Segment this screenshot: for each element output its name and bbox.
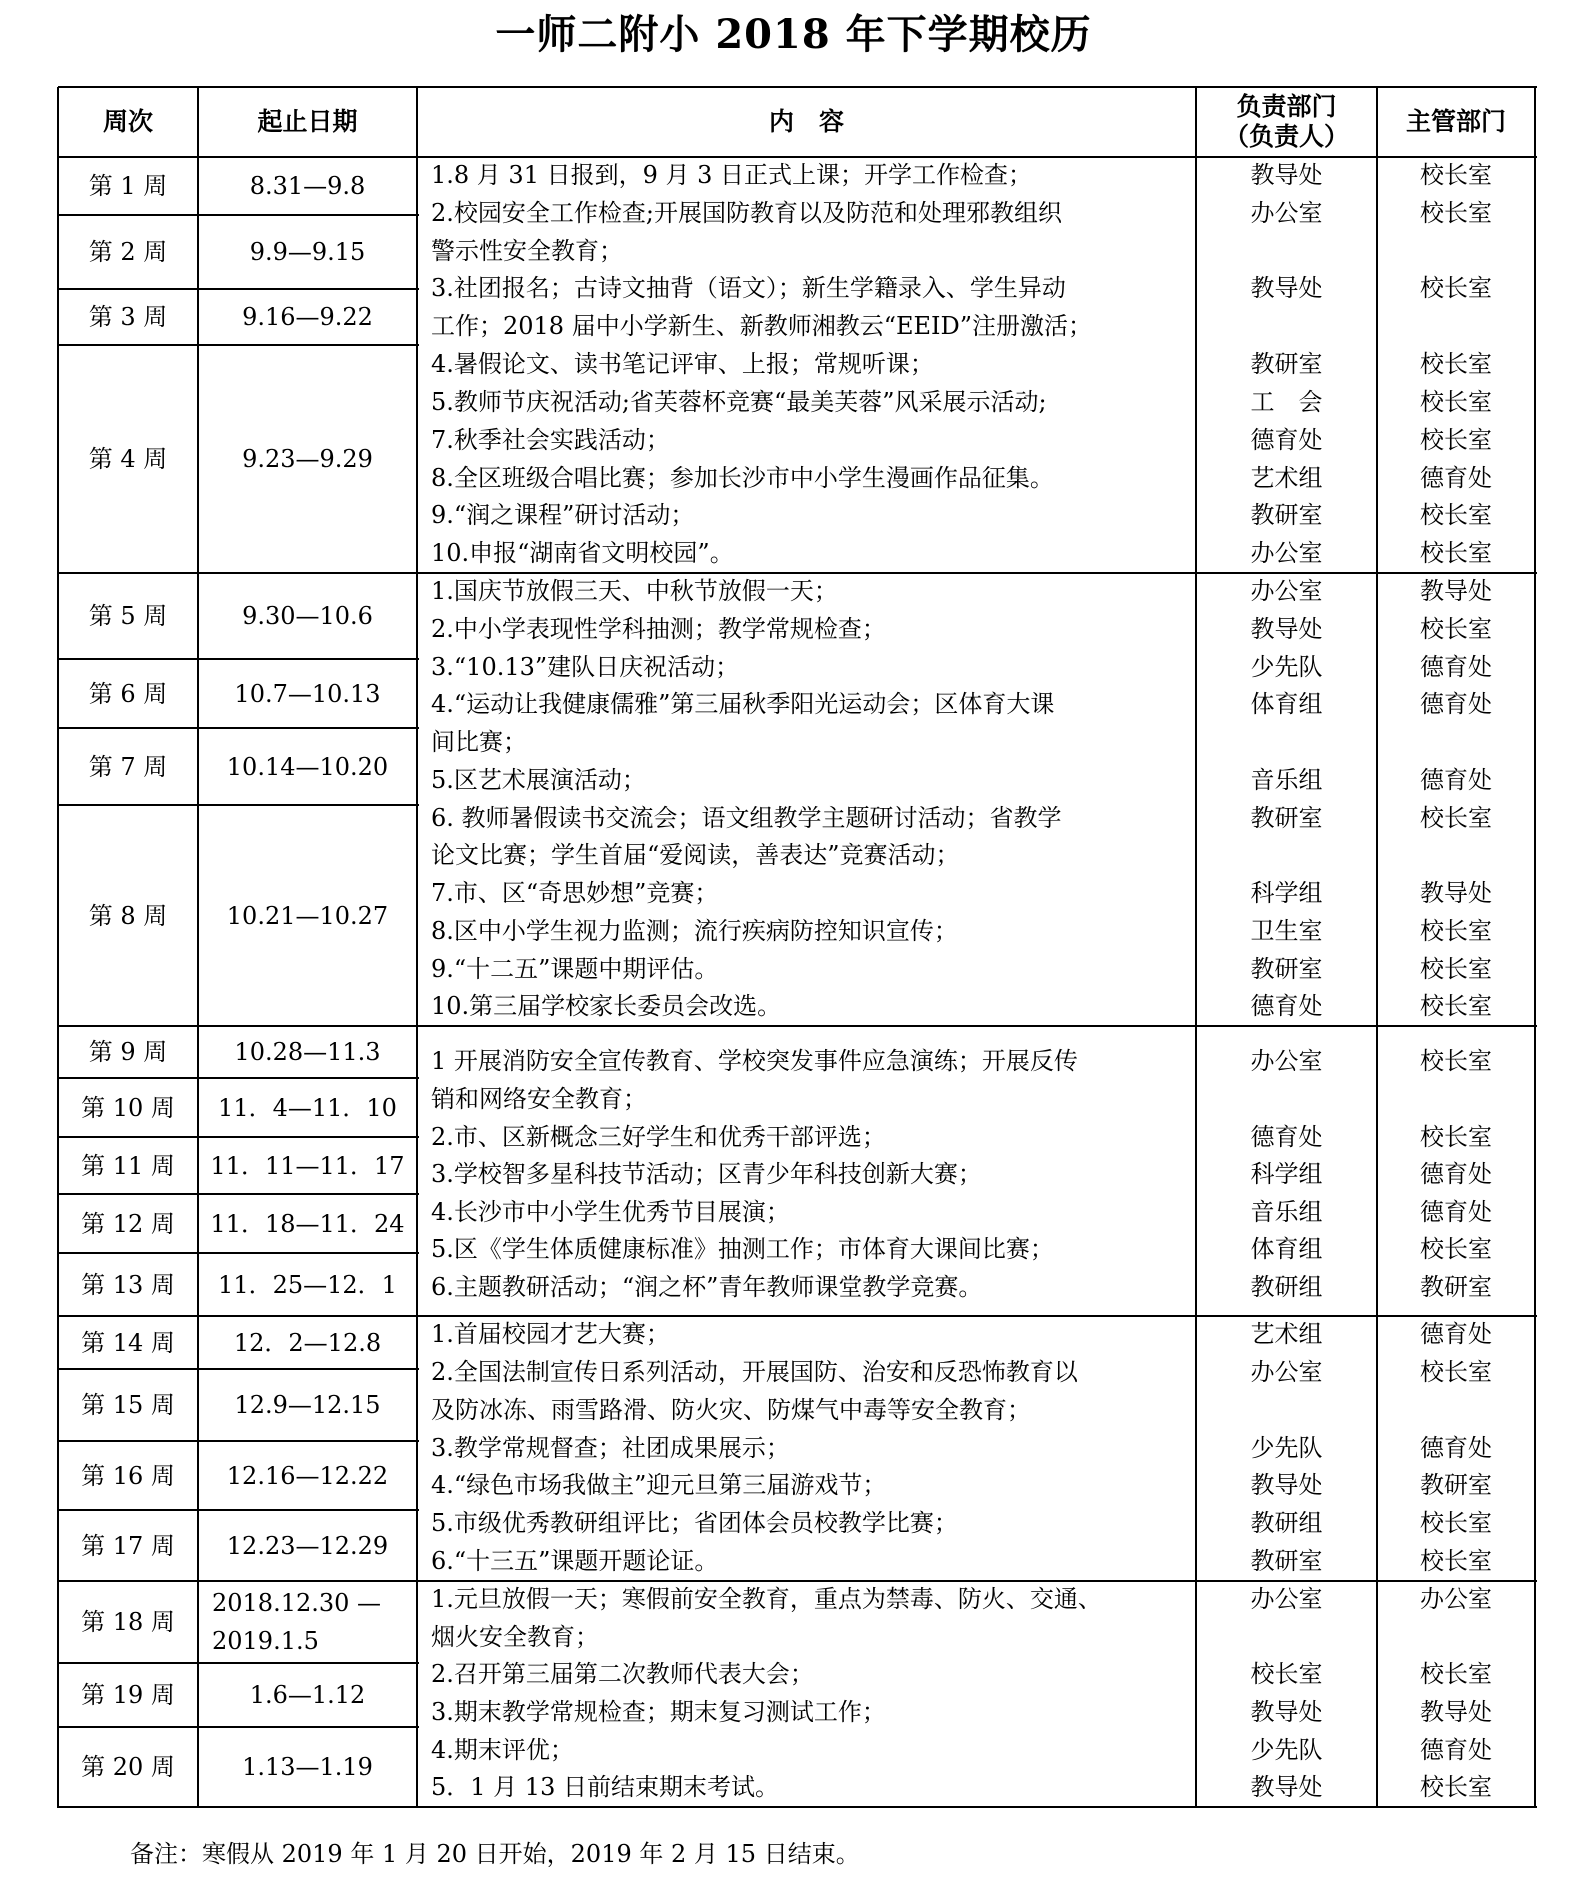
content-line: 3.教学常规督查；社团成果展示； (431, 1430, 790, 1468)
supervisor-dept: 校长室 (1377, 800, 1535, 838)
date-range-cell: 10.14—10.20 (198, 728, 417, 805)
content-line: 4.期末评优； (431, 1732, 574, 1770)
content-line: 1.8 月 31 日报到，9 月 3 日正式上课；开学工作检查； (431, 157, 1032, 195)
responsible-dept: 教导处 (1196, 1467, 1377, 1505)
content-line: 3.社团报名；古诗文抽背（语文）；新生学籍录入、学生异动 (431, 270, 1066, 308)
supervisor-dept: 校长室 (1377, 1231, 1535, 1269)
responsible-dept: 办公室 (1196, 195, 1377, 233)
week-cell: 第 8 周 (58, 805, 198, 1026)
header-responsible-label: 负责部门 (1236, 92, 1336, 122)
week-cell: 第 3 周 (58, 289, 198, 345)
header-responsible: 负责部门（负责人） (1196, 87, 1377, 157)
header-dates-label: 起止日期 (257, 107, 357, 137)
responsible-dept: 教导处 (1196, 1694, 1377, 1732)
supervisor-dept: 德育处 (1377, 1156, 1535, 1194)
supervisor-dept: 德育处 (1377, 762, 1535, 800)
content-line: 2.校园安全工作检查;开展国防教育以及防范和处理邪教组织 (431, 195, 1062, 233)
content-line: 5.教师节庆祝活动;省芙蓉杯竞赛“最美芙蓉”风采展示活动; (431, 384, 1047, 422)
supervisor-dept: 校长室 (1377, 1119, 1535, 1157)
week-cell: 第 10 周 (58, 1078, 198, 1137)
date-range-text: 10.7—10.13 (234, 675, 380, 713)
supervisor-dept: 德育处 (1377, 1316, 1535, 1354)
calendar-table: 周次起止日期内 容负责部门（负责人）主管部门第 1 周8.31—9.8第 2 周… (0, 0, 1587, 1899)
supervisor-dept: 校长室 (1377, 1543, 1535, 1581)
header-content-label: 内 容 (769, 107, 844, 137)
week-cell: 第 2 周 (58, 215, 198, 289)
responsible-dept: 艺术组 (1196, 1316, 1377, 1354)
supervisor-dept: 校长室 (1377, 535, 1535, 573)
content-line: 及防冰冻、雨雪路滑、防火灾、防煤气中毒等安全教育； (431, 1392, 1031, 1430)
content-line: 10.申报“湖南省文明校园”。 (431, 535, 734, 573)
date-range-text: 11．11—11．17 (210, 1147, 404, 1185)
date-range-text: 9.16—9.22 (242, 298, 373, 336)
date-range-cell: 12.16—12.22 (198, 1441, 417, 1510)
date-range-cell: 11．11—11．17 (198, 1137, 417, 1194)
week-cell: 第 12 周 (58, 1194, 198, 1253)
responsible-dept: 教导处 (1196, 157, 1377, 195)
responsible-dept: 科学组 (1196, 1156, 1377, 1194)
content-line: 间比赛； (431, 724, 527, 762)
supervisor-dept: 校长室 (1377, 913, 1535, 951)
content-line: 3.期末教学常规检查；期末复习测试工作； (431, 1694, 886, 1732)
date-range-cell: 10.7—10.13 (198, 659, 417, 728)
date-range-cell: 1.13—1.19 (198, 1727, 417, 1807)
supervisor-dept: 校长室 (1377, 346, 1535, 384)
week-cell: 第 5 周 (58, 573, 198, 659)
supervisor-dept: 教导处 (1377, 875, 1535, 913)
responsible-dept: 德育处 (1196, 988, 1377, 1026)
date-range-cell: 9.9—9.15 (198, 215, 417, 289)
content-line: 4.长沙市中小学生优秀节目展演； (431, 1194, 790, 1232)
date-range-text: 9.30—10.6 (242, 597, 373, 635)
responsible-dept: 音乐组 (1196, 1194, 1377, 1232)
content-line: 8.区中小学生视力监测；流行疾病防控知识宣传； (431, 913, 958, 951)
supervisor-dept: 教导处 (1377, 573, 1535, 611)
week-cell: 第 1 周 (58, 157, 198, 215)
content-line: 1.首届校园才艺大赛； (431, 1316, 670, 1354)
supervisor-dept: 德育处 (1377, 649, 1535, 687)
supervisor-dept: 校长室 (1377, 195, 1535, 233)
content-line: 4.“运动让我健康儒雅”第三届秋季阳光运动会；区体育大课 (431, 686, 1054, 724)
responsible-dept: 少先队 (1196, 1430, 1377, 1468)
responsible-dept: 艺术组 (1196, 460, 1377, 498)
responsible-dept: 德育处 (1196, 1119, 1377, 1157)
responsible-dept: 教研室 (1196, 1543, 1377, 1581)
content-line: 7.秋季社会实践活动； (431, 422, 670, 460)
responsible-dept: 教导处 (1196, 611, 1377, 649)
date-range-text: 11．18—11．24 (210, 1205, 404, 1243)
date-range-text: 10.21—10.27 (227, 897, 388, 935)
supervisor-dept: 教导处 (1377, 1694, 1535, 1732)
date-range-cell: 2018.12.30 —2019.1.5 (198, 1581, 417, 1663)
responsible-dept: 科学组 (1196, 875, 1377, 913)
content-line: 2.召开第三届第二次教师代表大会； (431, 1656, 814, 1694)
responsible-dept: 工 会 (1196, 384, 1377, 422)
date-range-text: 10.28—11.3 (234, 1033, 380, 1071)
supervisor-dept: 德育处 (1377, 460, 1535, 498)
footnote: 备注：寒假从 2019 年 1 月 20 日开始，2019 年 2 月 15 日… (130, 1838, 860, 1870)
responsible-dept: 音乐组 (1196, 762, 1377, 800)
responsible-dept: 体育组 (1196, 686, 1377, 724)
week-cell: 第 13 周 (58, 1253, 198, 1316)
responsible-dept: 教研组 (1196, 1505, 1377, 1543)
content-line: 6.主题教研活动；“润之杯”青年教师课堂教学竞赛。 (431, 1269, 982, 1307)
header-supervisor: 主管部门 (1377, 87, 1535, 157)
date-range-text: 2018.12.30 — (212, 1584, 381, 1622)
content-line: 5.市级优秀教研组评比；省团体会员校教学比赛； (431, 1505, 958, 1543)
date-range-cell: 12．2—12.8 (198, 1316, 417, 1369)
date-range-text: 12.9—12.15 (234, 1386, 380, 1424)
content-line: 5.区《学生体质健康标准》抽测工作；市体育大课间比赛； (431, 1231, 1054, 1269)
responsible-dept: 体育组 (1196, 1231, 1377, 1269)
date-range-cell: 11．4—11．10 (198, 1078, 417, 1137)
responsible-dept: 校长室 (1196, 1656, 1377, 1694)
content-line: 2.中小学表现性学科抽测；教学常规检查； (431, 611, 886, 649)
header-content: 内 容 (417, 87, 1196, 157)
responsible-dept: 办公室 (1196, 1043, 1377, 1081)
responsible-dept: 办公室 (1196, 573, 1377, 611)
content-line: 论文比赛；学生首届“爱阅读，善表达”竞赛活动； (431, 837, 960, 875)
content-line: 4.“绿色市场我做主”迎元旦第三届游戏节； (431, 1467, 886, 1505)
date-range-text: 11．25—12．1 (218, 1266, 397, 1304)
header-dates: 起止日期 (198, 87, 417, 157)
content-line: 2.市、区新概念三好学生和优秀干部评选； (431, 1119, 886, 1157)
content-line: 7.市、区“奇思妙想”竞赛； (431, 875, 718, 913)
week-cell: 第 14 周 (58, 1316, 198, 1369)
responsible-dept: 德育处 (1196, 422, 1377, 460)
supervisor-dept: 校长室 (1377, 988, 1535, 1026)
content-line: 1.元旦放假一天；寒假前安全教育，重点为禁毒、防火、交通、 (431, 1581, 1102, 1619)
content-line: 9.“十二五”课题中期评估。 (431, 951, 718, 989)
responsible-dept: 办公室 (1196, 1354, 1377, 1392)
responsible-dept: 办公室 (1196, 1581, 1377, 1619)
date-range-cell: 11．18—11．24 (198, 1194, 417, 1253)
week-cell: 第 16 周 (58, 1441, 198, 1510)
week-cell: 第 20 周 (58, 1727, 198, 1807)
week-cell: 第 11 周 (58, 1137, 198, 1194)
content-line: 2.全国法制宣传日系列活动，开展国防、治安和反恐怖教育以 (431, 1354, 1078, 1392)
date-range-text-line2: 2019.1.5 (212, 1622, 319, 1660)
responsible-dept: 少先队 (1196, 649, 1377, 687)
responsible-dept: 教研室 (1196, 800, 1377, 838)
content-line: 6.“十三五”课题开题论证。 (431, 1543, 718, 1581)
responsible-dept: 办公室 (1196, 535, 1377, 573)
date-range-text: 12.16—12.22 (227, 1457, 388, 1495)
week-cell: 第 7 周 (58, 728, 198, 805)
content-line: 10.第三届学校家长委员会改选。 (431, 988, 781, 1026)
week-cell: 第 4 周 (58, 345, 198, 573)
header-responsible-sublabel: （负责人） (1224, 122, 1349, 152)
week-cell: 第 9 周 (58, 1026, 198, 1078)
responsible-dept: 教研室 (1196, 497, 1377, 535)
date-range-text: 9.9—9.15 (250, 233, 366, 271)
date-range-cell: 11．25—12．1 (198, 1253, 417, 1316)
header-week: 周次 (58, 87, 198, 157)
date-range-cell: 9.23—9.29 (198, 345, 417, 573)
date-range-cell: 9.30—10.6 (198, 573, 417, 659)
supervisor-dept: 校长室 (1377, 1505, 1535, 1543)
content-line: 3.学校智多星科技节活动；区青少年科技创新大赛； (431, 1156, 982, 1194)
supervisor-dept: 校长室 (1377, 497, 1535, 535)
responsible-dept: 教研组 (1196, 1269, 1377, 1307)
week-cell: 第 15 周 (58, 1369, 198, 1441)
content-line: 5.区艺术展演活动； (431, 762, 646, 800)
content-line: 4.暑假论文、读书笔记评审、上报；常规听课； (431, 346, 934, 384)
supervisor-dept: 校长室 (1377, 611, 1535, 649)
date-range-cell: 9.16—9.22 (198, 289, 417, 345)
responsible-dept: 教导处 (1196, 1769, 1377, 1807)
supervisor-dept: 德育处 (1377, 686, 1535, 724)
date-range-cell: 10.28—11.3 (198, 1026, 417, 1078)
supervisor-dept: 德育处 (1377, 1732, 1535, 1770)
date-range-text: 1.6—1.12 (250, 1676, 366, 1714)
week-cell: 第 17 周 (58, 1510, 198, 1581)
date-range-text: 9.23—9.29 (242, 440, 373, 478)
date-range-text: 1.13—1.19 (242, 1748, 373, 1786)
content-line: 1 开展消防安全宣传教育、学校突发事件应急演练；开展反传 (431, 1043, 1078, 1081)
date-range-cell: 1.6—1.12 (198, 1663, 417, 1727)
responsible-dept: 教研室 (1196, 951, 1377, 989)
date-range-text: 12．2—12.8 (234, 1324, 381, 1362)
supervisor-dept: 教研室 (1377, 1269, 1535, 1307)
date-range-text: 8.31—9.8 (250, 167, 366, 205)
supervisor-dept: 校长室 (1377, 270, 1535, 308)
date-range-text: 10.14—10.20 (227, 748, 388, 786)
responsible-dept: 教导处 (1196, 270, 1377, 308)
supervisor-dept: 校长室 (1377, 157, 1535, 195)
supervisor-dept: 校长室 (1377, 1043, 1535, 1081)
content-line: 烟火安全教育； (431, 1619, 599, 1657)
date-range-cell: 12.9—12.15 (198, 1369, 417, 1441)
date-range-text: 11．4—11．10 (218, 1089, 397, 1127)
content-line: 1.国庆节放假三天、中秋节放假一天； (431, 573, 838, 611)
week-cell: 第 6 周 (58, 659, 198, 728)
supervisor-dept: 德育处 (1377, 1430, 1535, 1468)
week-cell: 第 19 周 (58, 1663, 198, 1727)
supervisor-dept: 校长室 (1377, 951, 1535, 989)
content-line: 5．1 月 13 日前结束期末考试。 (431, 1769, 779, 1807)
date-range-cell: 10.21—10.27 (198, 805, 417, 1026)
date-range-cell: 12.23—12.29 (198, 1510, 417, 1581)
content-line: 工作；2018 届中小学新生、新教师湘教云“EEID”注册激活； (431, 308, 1092, 346)
content-line: 8.全区班级合唱比赛；参加长沙市中小学生漫画作品征集。 (431, 460, 1054, 498)
supervisor-dept: 校长室 (1377, 1656, 1535, 1694)
supervisor-dept: 校长室 (1377, 422, 1535, 460)
supervisor-dept: 德育处 (1377, 1194, 1535, 1232)
date-range-cell: 8.31—9.8 (198, 157, 417, 215)
content-line: 9.“润之课程”研讨活动； (431, 497, 694, 535)
header-supervisor-label: 主管部门 (1406, 107, 1506, 137)
content-line: 3.“10.13”建队日庆祝活动； (431, 649, 739, 687)
supervisor-dept: 校长室 (1377, 1769, 1535, 1807)
responsible-dept: 卫生室 (1196, 913, 1377, 951)
week-cell: 第 18 周 (58, 1581, 198, 1663)
content-line: 警示性安全教育； (431, 233, 623, 271)
responsible-dept: 教研室 (1196, 346, 1377, 384)
content-line: 6. 教师暑假读书交流会；语文组教学主题研讨活动；省教学 (431, 800, 1062, 838)
content-line: 销和网络安全教育； (431, 1081, 647, 1119)
header-week-label: 周次 (103, 107, 153, 137)
supervisor-dept: 办公室 (1377, 1581, 1535, 1619)
date-range-text: 12.23—12.29 (227, 1527, 388, 1565)
responsible-dept: 少先队 (1196, 1732, 1377, 1770)
supervisor-dept: 校长室 (1377, 384, 1535, 422)
supervisor-dept: 教研室 (1377, 1467, 1535, 1505)
supervisor-dept: 校长室 (1377, 1354, 1535, 1392)
